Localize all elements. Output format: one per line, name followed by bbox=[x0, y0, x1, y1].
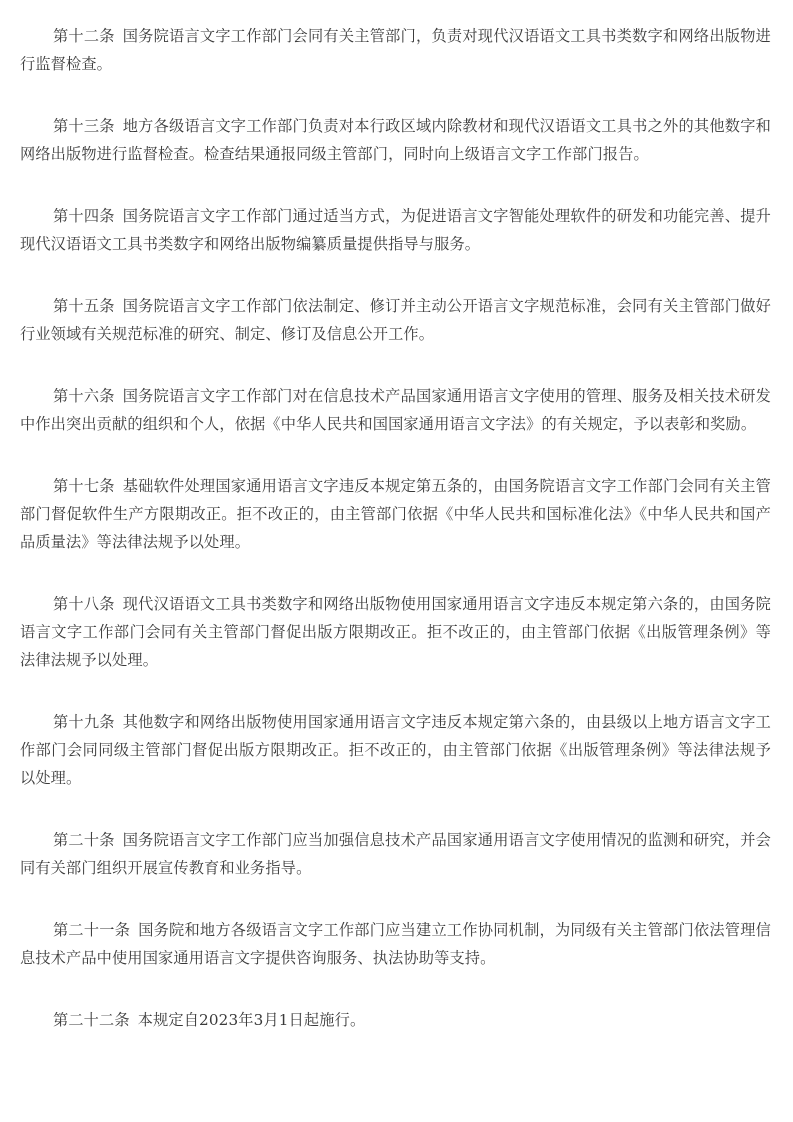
article-label: 第十七条 bbox=[53, 477, 115, 495]
article-text: 现代汉语语文工具书类数字和网络出版物使用国家通用语言文字违反本规定第六条的，由国… bbox=[20, 595, 771, 669]
article-16: 第十六条国务院语言文字工作部门对在信息技术产品国家通用语言文字使用的管理、服务及… bbox=[20, 382, 771, 438]
article-text: 国务院语言文字工作部门会同有关主管部门，负责对现代汉语语文工具书类数字和网络出版… bbox=[20, 27, 771, 73]
article-label: 第二十二条 bbox=[53, 1011, 130, 1029]
article-label: 第十九条 bbox=[53, 713, 115, 731]
article-label: 第二十条 bbox=[53, 831, 115, 849]
article-text: 国务院语言文字工作部门依法制定、修订并主动公开语言文字规范标准，会同有关主管部门… bbox=[20, 297, 771, 343]
article-text: 国务院语言文字工作部门应当加强信息技术产品国家通用语言文字使用情况的监测和研究，… bbox=[20, 831, 771, 877]
article-text: 地方各级语言文字工作部门负责对本行政区域内除教材和现代汉语语文工具书之外的其他数… bbox=[20, 117, 771, 163]
article-label: 第十八条 bbox=[53, 595, 115, 613]
article-14: 第十四条国务院语言文字工作部门通过适当方式，为促进语言文字智能处理软件的研发和功… bbox=[20, 202, 771, 258]
article-text: 国务院语言文字工作部门对在信息技术产品国家通用语言文字使用的管理、服务及相关技术… bbox=[20, 387, 771, 433]
article-label: 第十四条 bbox=[53, 207, 115, 225]
article-18: 第十八条现代汉语语文工具书类数字和网络出版物使用国家通用语言文字违反本规定第六条… bbox=[20, 590, 771, 674]
article-17: 第十七条基础软件处理国家通用语言文字违反本规定第五条的，由国务院语言文字工作部门… bbox=[20, 472, 771, 556]
article-text: 基础软件处理国家通用语言文字违反本规定第五条的，由国务院语言文字工作部门会同有关… bbox=[20, 477, 771, 551]
article-text: 本规定自2023年3月1日起施行。 bbox=[138, 1011, 366, 1029]
article-label: 第十三条 bbox=[53, 117, 115, 135]
article-19: 第十九条其他数字和网络出版物使用国家通用语言文字违反本规定第六条的，由县级以上地… bbox=[20, 708, 771, 792]
article-12: 第十二条国务院语言文字工作部门会同有关主管部门，负责对现代汉语语文工具书类数字和… bbox=[20, 22, 771, 78]
article-text: 国务院语言文字工作部门通过适当方式，为促进语言文字智能处理软件的研发和功能完善、… bbox=[20, 207, 771, 253]
article-22: 第二十二条本规定自2023年3月1日起施行。 bbox=[20, 1006, 771, 1034]
article-20: 第二十条国务院语言文字工作部门应当加强信息技术产品国家通用语言文字使用情况的监测… bbox=[20, 826, 771, 882]
article-label: 第十五条 bbox=[53, 297, 115, 315]
article-text: 其他数字和网络出版物使用国家通用语言文字违反本规定第六条的，由县级以上地方语言文… bbox=[20, 713, 771, 787]
article-label: 第十二条 bbox=[53, 27, 115, 45]
article-15: 第十五条国务院语言文字工作部门依法制定、修订并主动公开语言文字规范标准，会同有关… bbox=[20, 292, 771, 348]
article-text: 国务院和地方各级语言文字工作部门应当建立工作协同机制，为同级有关主管部门依法管理… bbox=[20, 921, 771, 967]
document-page: 第十二条国务院语言文字工作部门会同有关主管部门，负责对现代汉语语文工具书类数字和… bbox=[0, 0, 793, 1122]
article-label: 第二十一条 bbox=[53, 921, 130, 939]
article-13: 第十三条地方各级语言文字工作部门负责对本行政区域内除教材和现代汉语语文工具书之外… bbox=[20, 112, 771, 168]
article-21: 第二十一条国务院和地方各级语言文字工作部门应当建立工作协同机制，为同级有关主管部… bbox=[20, 916, 771, 972]
article-label: 第十六条 bbox=[53, 387, 115, 405]
